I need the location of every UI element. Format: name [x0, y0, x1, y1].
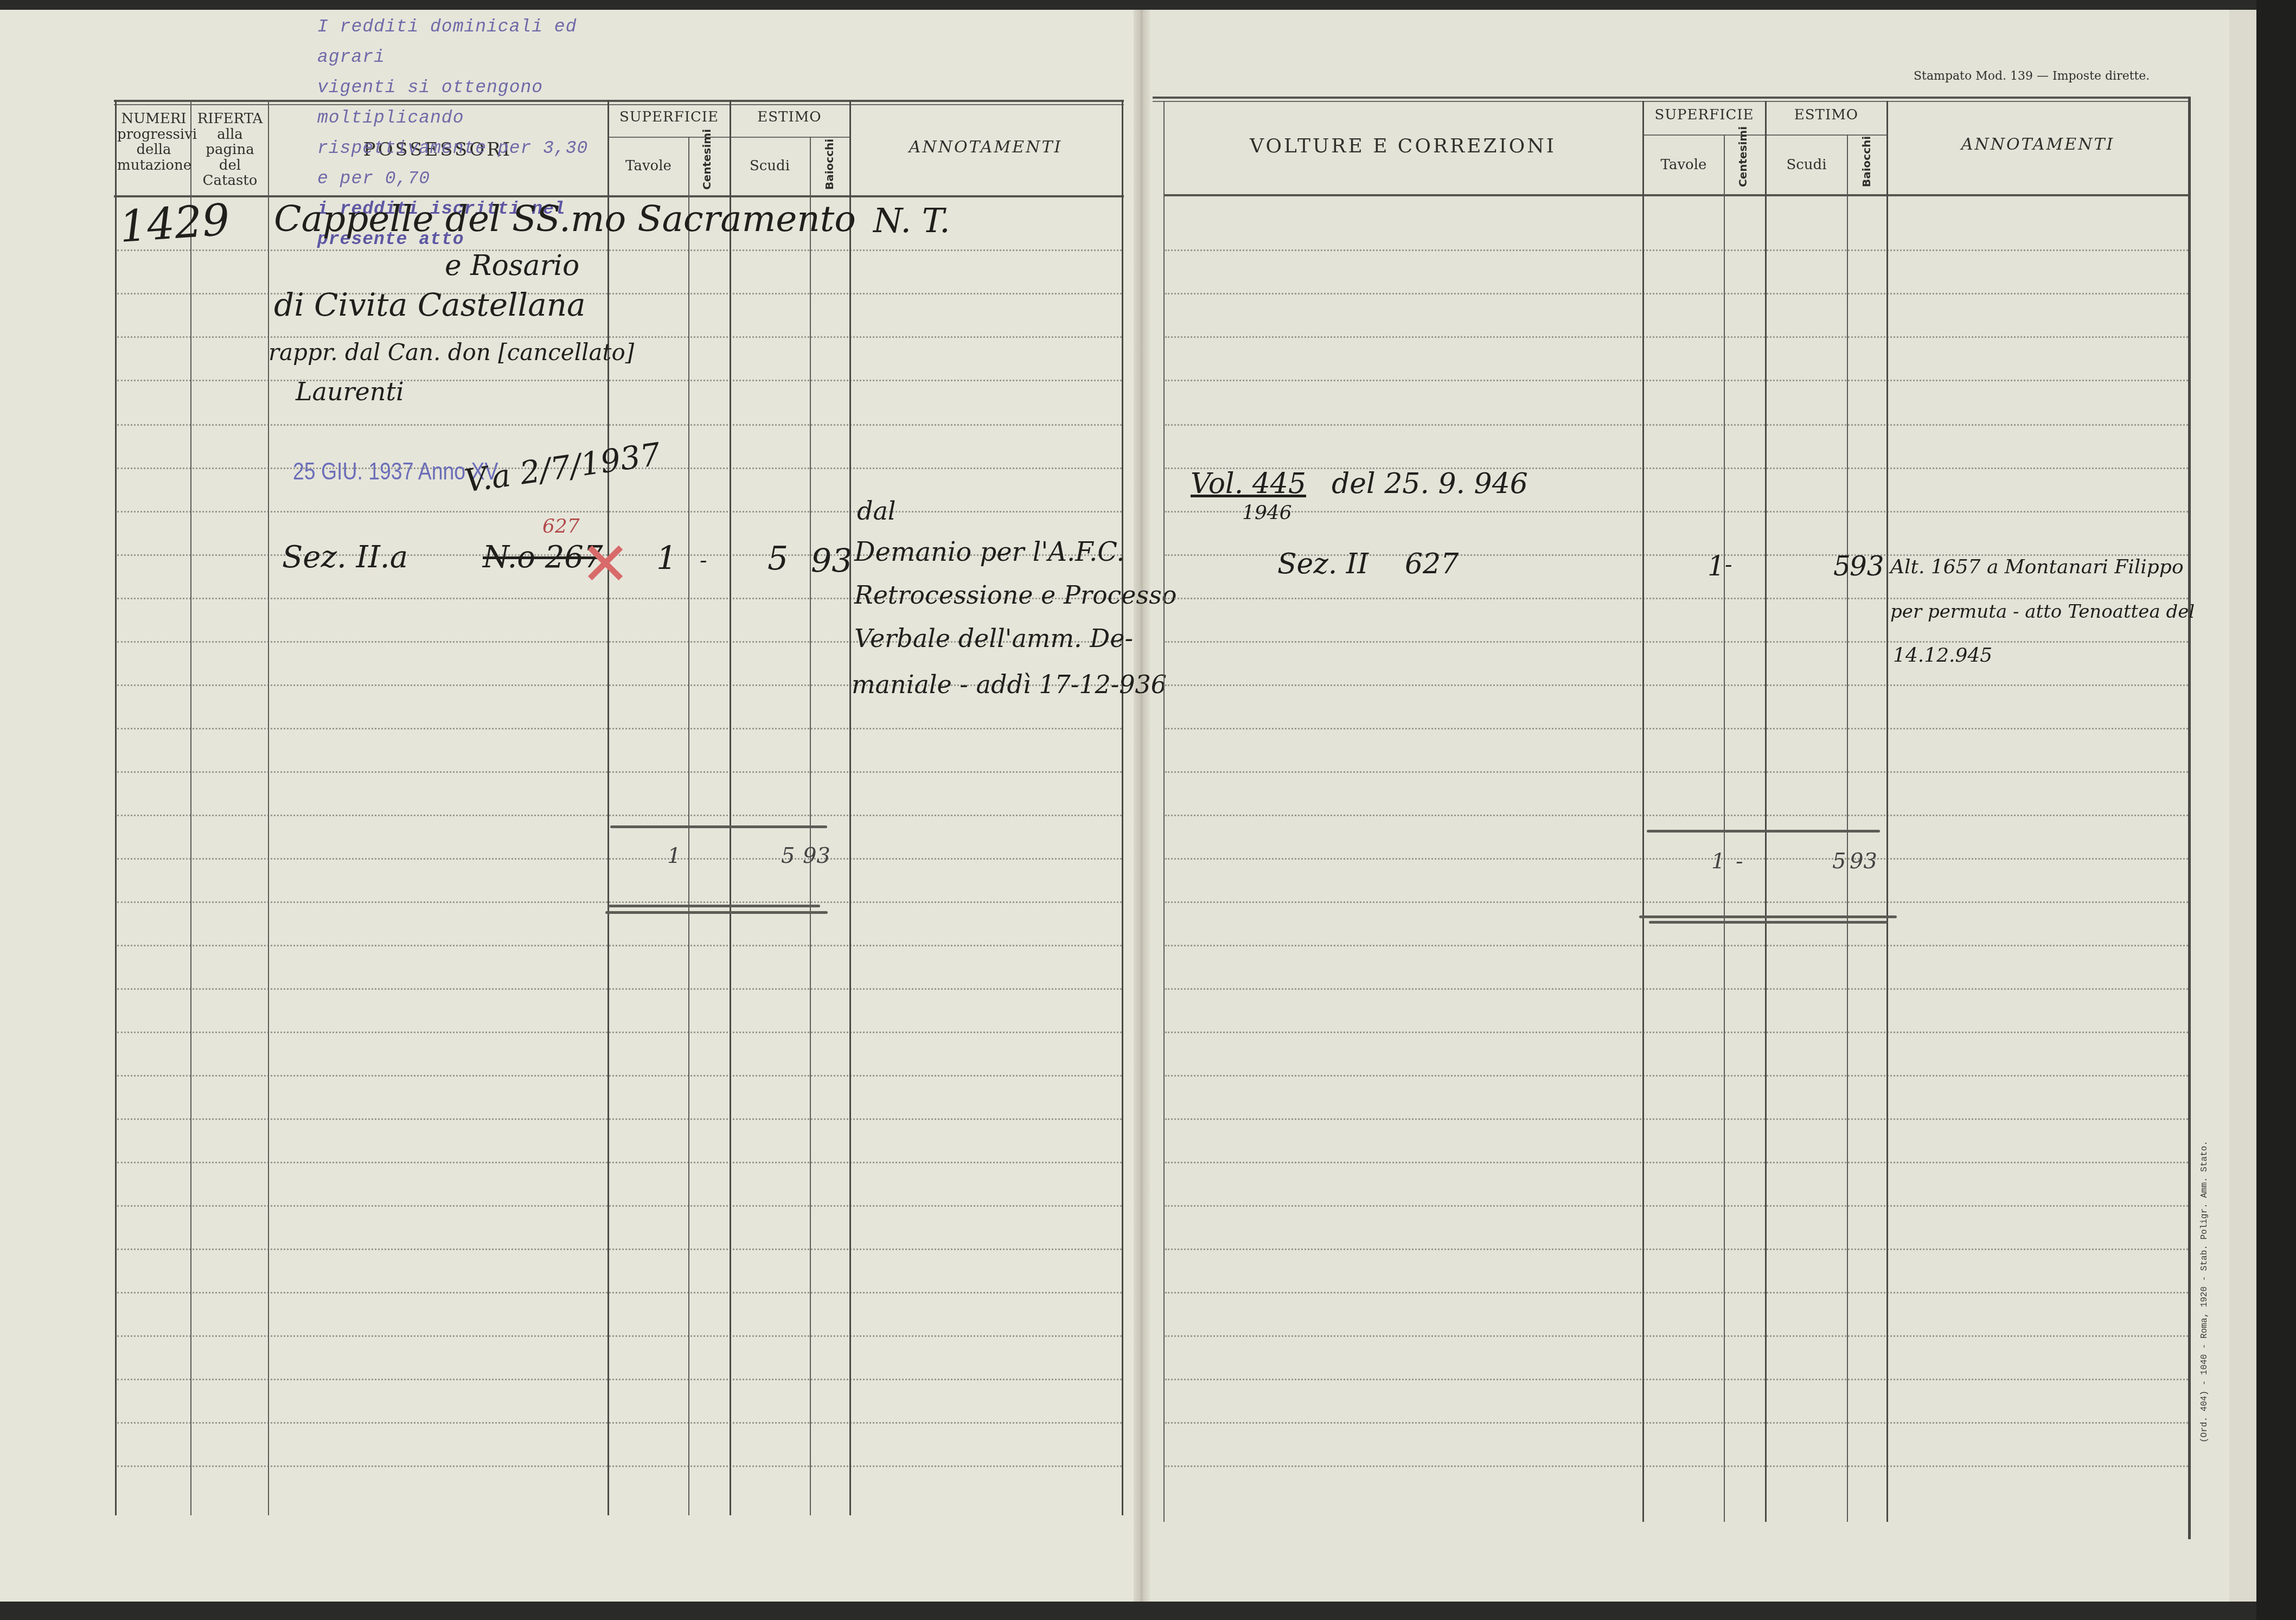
- header-baiocchi-right: Baiocchi: [1860, 144, 1872, 187]
- header-riferta-line2: alla pagina: [192, 127, 268, 158]
- header-numeri-line2: progressivi: [117, 127, 190, 143]
- baiocchi-value-right: 93: [1850, 550, 1884, 582]
- tavole-value-right: 1: [1707, 550, 1725, 582]
- total-scudi-right: 5: [1832, 849, 1846, 874]
- sezione: Sez. II.a: [282, 540, 408, 575]
- voltura-date: del 25. 9. 946: [1332, 468, 1528, 500]
- red-cross-mark: ✕: [580, 534, 630, 594]
- annotation-line-5: maniale - addì 17-12-936: [852, 670, 1167, 699]
- owner-line-3: di Civita Castellana: [274, 286, 586, 323]
- annotation-line-3: Retrocessione e Processo: [854, 580, 1176, 610]
- header-scudi-right: Scudi: [1766, 157, 1847, 173]
- header-numeri: NUMERI progressivi della mutazione: [117, 111, 190, 173]
- total-rule-top: [610, 825, 827, 828]
- page-edge: [2229, 10, 2256, 1602]
- header-centesimi: Centesimi: [701, 146, 713, 190]
- total-baiocchi: 93: [803, 843, 830, 868]
- owner-line-1: Cappelle del SS.mo Sacramento: [274, 198, 856, 240]
- header-numeri-line3: della: [117, 142, 190, 158]
- particella-corrected: 627: [542, 515, 580, 537]
- header-riferta-line1: RIFERTA: [192, 111, 268, 127]
- header-numeri-line4: mutazione: [117, 158, 190, 174]
- total-rule-double-right-2: [1649, 921, 1888, 924]
- header-volture: VOLTURE E CORREZIONI: [1163, 136, 1642, 157]
- mutation-number: 1429: [118, 194, 232, 252]
- right-page: [1142, 10, 2289, 1602]
- total-rule-double-2: [605, 911, 828, 914]
- stamp-line1: I redditi dominicali ed agrari: [317, 12, 610, 73]
- voltura-number: Vol. 445: [1191, 468, 1306, 500]
- printer-imprint: (Ord. 404) - 1040 - Roma, 1920 - Stab. P…: [2199, 1096, 2209, 1443]
- print-mark: Stampato Mod. 139 — Imposte dirette.: [1914, 69, 2150, 83]
- header-scudi: Scudi: [730, 158, 810, 174]
- annotation-nt: N. T.: [873, 201, 950, 240]
- total-rule-double-right-1: [1639, 915, 1897, 918]
- header-tavole-right: Tavole: [1643, 157, 1724, 173]
- book-spine: [1134, 10, 1150, 1602]
- owner-line-5: Laurenti: [296, 377, 404, 406]
- annotation-line-4: Verbale dell'amm. De-: [854, 624, 1133, 653]
- centesimi-value-right: -: [1725, 552, 1732, 577]
- header-riferta-line3: del: [192, 158, 268, 174]
- header-numeri-line1: NUMERI: [117, 111, 190, 127]
- total-scudi: 5: [781, 843, 795, 868]
- annotation-line-2: Demanio per l'A.F.C.: [854, 537, 1125, 567]
- header-estimo: ESTIMO: [730, 110, 849, 125]
- particella-right: 627: [1405, 548, 1459, 580]
- header-centesimi-right: Centesimi: [1737, 144, 1749, 187]
- annotation-right-line-1: Alt. 1657 a Montanari Filippo: [1890, 556, 2184, 578]
- header-riferta-line4: Catasto: [192, 173, 268, 189]
- header-superficie-right: SUPERFICIE: [1643, 107, 1765, 123]
- baiocchi-value: 93: [811, 542, 852, 580]
- total-tavole-right: 1: [1711, 849, 1725, 874]
- header-riferta: RIFERTA alla pagina del Catasto: [192, 111, 268, 189]
- header-annotamenti: ANNOTAMENTI: [849, 138, 1122, 156]
- sezione-right: Sez. II: [1277, 548, 1368, 580]
- stamp-line3: rispettivamente per 3,30 e per 0,70: [317, 133, 610, 194]
- total-centesimi-right: -: [1736, 849, 1743, 874]
- scudi-value: 5: [768, 540, 788, 578]
- centesimi-value: -: [700, 548, 707, 573]
- total-tavole: 1: [667, 843, 681, 868]
- header-estimo-right: ESTIMO: [1766, 107, 1886, 123]
- tavole-value: 1: [656, 540, 677, 578]
- voltura-year: 1946: [1242, 502, 1292, 524]
- annotation-right-line-3: 14.12.945: [1893, 644, 1992, 667]
- header-annotamenti-right: ANNOTAMENTI: [1888, 136, 2188, 153]
- owner-line-4: rappr. dal Can. don [cancellato]: [268, 339, 634, 366]
- total-rule-top-right: [1647, 830, 1880, 833]
- header-baiocchi: Baiocchi: [823, 146, 835, 190]
- scan-border: [2256, 0, 2296, 1620]
- annotation-right-line-2: per permuta - atto Tenoattea del: [1890, 601, 2195, 623]
- scudi-value-right: 5: [1833, 550, 1851, 582]
- header-tavole: Tavole: [609, 158, 688, 174]
- stamp-line2: vigenti si ottengono moltiplicando: [317, 73, 610, 133]
- total-baiocchi-right: 93: [1850, 849, 1877, 874]
- header-superficie: SUPERFICIE: [609, 110, 730, 125]
- annotation-line-1: dal: [857, 496, 896, 526]
- owner-line-2: e Rosario: [445, 249, 579, 282]
- total-rule-double-1: [609, 905, 820, 907]
- voltura-num-text: Vol. 445: [1191, 468, 1306, 500]
